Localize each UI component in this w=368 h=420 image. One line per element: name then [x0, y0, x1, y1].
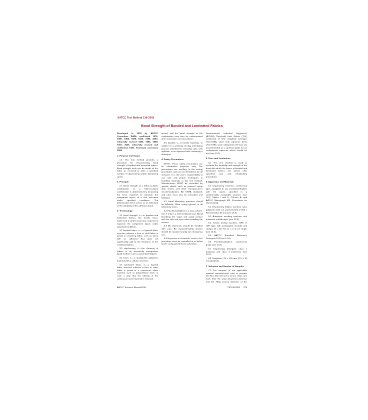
paragraph: 3.3 drycleaning, n.—the cleaning of fabr…	[117, 247, 158, 255]
doc-footer: AATCC Technical Manual/2010 TM 136-2003 …	[117, 286, 247, 288]
paragraph: 6.4 Tensile testing machine, CRE or CRT …	[206, 222, 247, 233]
section-heading: 5. Uses and Limitations	[206, 157, 247, 160]
footer-manual-name: AATCC Technical Manual/2010	[117, 286, 146, 288]
paragraph: 4.1 Good laboratory practices should be …	[161, 200, 202, 208]
section-heading: 7. Selection and Number of Samples	[206, 265, 247, 268]
paragraph: 3.5 laminated fabric, n.—a layered fabri…	[117, 263, 158, 280]
paragraph: 4.2 Perchloroethylene is a toxic solvent…	[161, 210, 202, 224]
section-heading: 4. Safety Precautions	[161, 158, 202, 161]
paragraph: 6.7 Drycleaning detergent, class 1 (cati…	[206, 248, 247, 256]
paragraph: 6.6 Perchloroethylene, commercial grade …	[206, 241, 247, 247]
paragraph: NOTE: These safety precautions are for i…	[161, 162, 202, 199]
doc-header-method-number: AATCC Test Method 136-2003	[117, 116, 247, 119]
paragraph: 6.8 Templates, 65 x 250 mm (2.5 x 10 in.…	[206, 257, 247, 263]
paragraph: tained, and the bond strength of the com…	[161, 132, 202, 140]
paragraph: Governmental Industrial Hygienists' (ACG…	[206, 132, 247, 155]
paragraph: 3.4 foam, n.—a sponge-like polymeric mat…	[117, 257, 158, 263]
text-column-1: Developed in 1974 by AATCC Committee RA5…	[117, 132, 158, 283]
footer-right-group: TM 136-2003 223	[227, 286, 247, 288]
paragraph: 5.1 This test method is used to evaluate…	[206, 161, 247, 178]
document-canvas: AATCC Test Method 136-2003 Bond Strength…	[0, 0, 368, 420]
paragraph: 6.2 Drycleaning ballast, washed, spun po…	[206, 206, 247, 214]
intro-paragraph: Developed in 1974 by AATCC Committee RA5…	[117, 132, 158, 152]
section-heading: 3. Terminology	[117, 210, 158, 213]
paragraph: 6.1 Drycleaning machine, commercial type…	[206, 185, 247, 205]
section-heading: 2. Principle	[117, 181, 158, 184]
paragraph: 1.1 This test method provides a procedur…	[117, 159, 158, 179]
text-column-2: tained, and the bond strength of the com…	[161, 132, 202, 283]
paragraph: 6.3 Automatic washing machine and automa…	[206, 215, 247, 221]
page-content: AATCC Test Method 136-2003 Bond Strength…	[117, 116, 247, 300]
paragraph: 4.4 Exposure to chemicals used in this p…	[161, 237, 202, 245]
text-column-3: Governmental Industrial Hygienists' (ACG…	[206, 132, 247, 283]
section-heading: 1. Purpose and Scope	[117, 154, 158, 157]
paragraph: 3.2 bonded fabric, n.—a layered fabric s…	[117, 229, 158, 246]
paragraph: 6.5 AATCC Standard Reference Detergent 1…	[206, 234, 247, 240]
section-heading: 6. Apparatus and Materials	[206, 181, 247, 184]
document-page: AATCC Test Method 136-2003 Bond Strength…	[117, 116, 247, 300]
paragraph: 7.1 For samples of the applicable materi…	[206, 269, 247, 283]
footer-method-number: TM 136-2003	[227, 286, 239, 288]
text-columns: Developed in 1974 by AATCC Committee RA5…	[117, 132, 247, 283]
footer-page-number: 223	[243, 286, 247, 288]
paragraph: 3.1 bond strength, n.—in bonded and lami…	[117, 214, 158, 228]
paragraph: 3.6 launder, v.—of textile materials, to…	[161, 142, 202, 156]
paragraph: 2.1 Bond strength of a fabric-to-fabric …	[117, 185, 158, 208]
doc-title: Bond Strength of Bonded and Laminated Fa…	[117, 124, 247, 128]
paragraph: 4.3 All chemicals should be handled with…	[161, 225, 202, 236]
